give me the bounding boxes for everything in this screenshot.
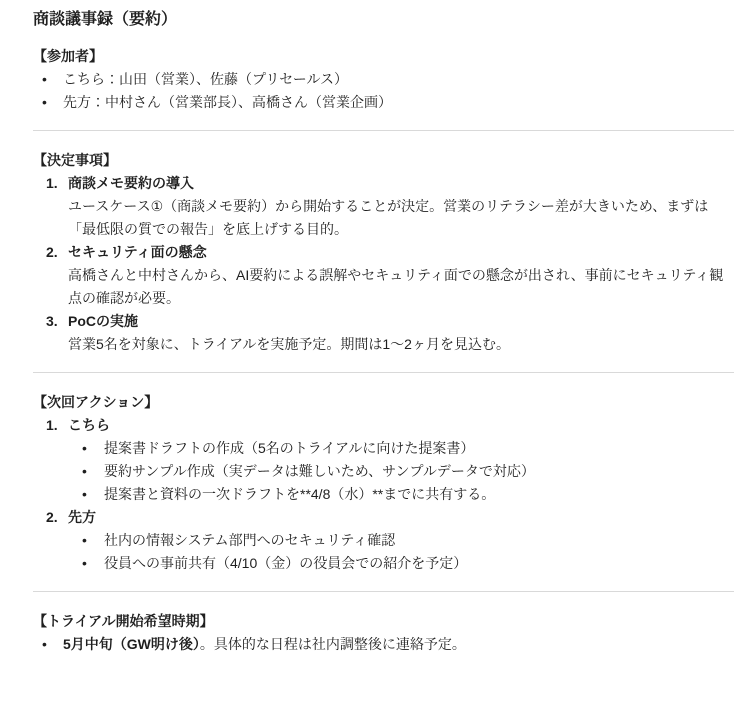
list-item: 先方：中村さん（営業部長）、高橋さん（営業企画） — [33, 91, 734, 114]
section-participants: 【参加者】 こちら：山田（営業）、佐藤（プリセールス） 先方：中村さん（営業部長… — [33, 45, 734, 114]
decision-title: セキュリティ面の懸念 — [68, 241, 734, 264]
participants-heading: 【参加者】 — [33, 45, 734, 68]
trial-start-note: 。具体的な日程は社内調整後に連絡予定。 — [200, 636, 466, 652]
list-item: 役員への事前共有（4/10（金）の役員会での紹介を予定） — [68, 552, 734, 575]
decision-title: 商談メモ要約の導入 — [68, 172, 734, 195]
next-actions-heading: 【次回アクション】 — [33, 391, 734, 414]
next-actions-list: こちら 提案書ドラフトの作成（5名のトライアルに向けた提案書） 要約サンプル作成… — [33, 414, 734, 575]
action-sub-list: 社内の情報システム部門へのセキュリティ確認 役員への事前共有（4/10（金）の役… — [68, 529, 734, 575]
decisions-heading: 【決定事項】 — [33, 149, 734, 172]
decisions-list: 商談メモ要約の導入 ユースケース①（商談メモ要約）から開始することが決定。営業の… — [33, 172, 734, 356]
list-item: 提案書と資料の一次ドラフトを**4/8（水）**までに共有する。 — [68, 483, 734, 506]
list-item: 社内の情報システム部門へのセキュリティ確認 — [68, 529, 734, 552]
list-item: 先方 社内の情報システム部門へのセキュリティ確認 役員への事前共有（4/10（金… — [33, 506, 734, 575]
section-trial-start: 【トライアル開始希望時期】 5月中旬（GW明け後）。具体的な日程は社内調整後に連… — [33, 610, 734, 656]
list-item: こちら：山田（営業）、佐藤（プリセールス） — [33, 68, 734, 91]
section-divider — [33, 130, 734, 131]
list-item: セキュリティ面の懸念 高橋さんと中村さんから、AI要約による誤解やセキュリティ面… — [33, 241, 734, 310]
trial-start-date: 5月中旬（GW明け後） — [63, 636, 200, 652]
list-item: 5月中旬（GW明け後）。具体的な日程は社内調整後に連絡予定。 — [33, 633, 734, 656]
action-sub-list: 提案書ドラフトの作成（5名のトライアルに向けた提案書） 要約サンプル作成（実デー… — [68, 437, 734, 506]
section-next-actions: 【次回アクション】 こちら 提案書ドラフトの作成（5名のトライアルに向けた提案書… — [33, 391, 734, 575]
decision-body: ユースケース①（商談メモ要約）から開始することが決定。営業のリテラシー差が大きい… — [68, 195, 734, 241]
trial-start-heading: 【トライアル開始希望時期】 — [33, 610, 734, 633]
list-item: 要約サンプル作成（実データは難しいため、サンプルデータで対応） — [68, 460, 734, 483]
meeting-minutes-document: 商談議事録（要約） 【参加者】 こちら：山田（営業）、佐藤（プリセールス） 先方… — [33, 8, 734, 656]
decision-body: 営業5名を対象に、トライアルを実施予定。期間は1～2ヶ月を見込む。 — [68, 333, 734, 356]
list-item: 提案書ドラフトの作成（5名のトライアルに向けた提案書） — [68, 437, 734, 460]
list-item: こちら 提案書ドラフトの作成（5名のトライアルに向けた提案書） 要約サンプル作成… — [33, 414, 734, 506]
section-decisions: 【決定事項】 商談メモ要約の導入 ユースケース①（商談メモ要約）から開始すること… — [33, 149, 734, 356]
decision-title: PoCの実施 — [68, 310, 734, 333]
decision-body: 高橋さんと中村さんから、AI要約による誤解やセキュリティ面での懸念が出され、事前… — [68, 264, 734, 310]
section-divider — [33, 591, 734, 592]
action-owner: こちら — [68, 414, 734, 437]
list-item: PoCの実施 営業5名を対象に、トライアルを実施予定。期間は1～2ヶ月を見込む。 — [33, 310, 734, 356]
action-owner: 先方 — [68, 506, 734, 529]
trial-start-list: 5月中旬（GW明け後）。具体的な日程は社内調整後に連絡予定。 — [33, 633, 734, 656]
section-divider — [33, 372, 734, 373]
list-item: 商談メモ要約の導入 ユースケース①（商談メモ要約）から開始することが決定。営業の… — [33, 172, 734, 241]
participants-list: こちら：山田（営業）、佐藤（プリセールス） 先方：中村さん（営業部長）、高橋さん… — [33, 68, 734, 114]
page-title: 商談議事録（要約） — [33, 8, 734, 32]
